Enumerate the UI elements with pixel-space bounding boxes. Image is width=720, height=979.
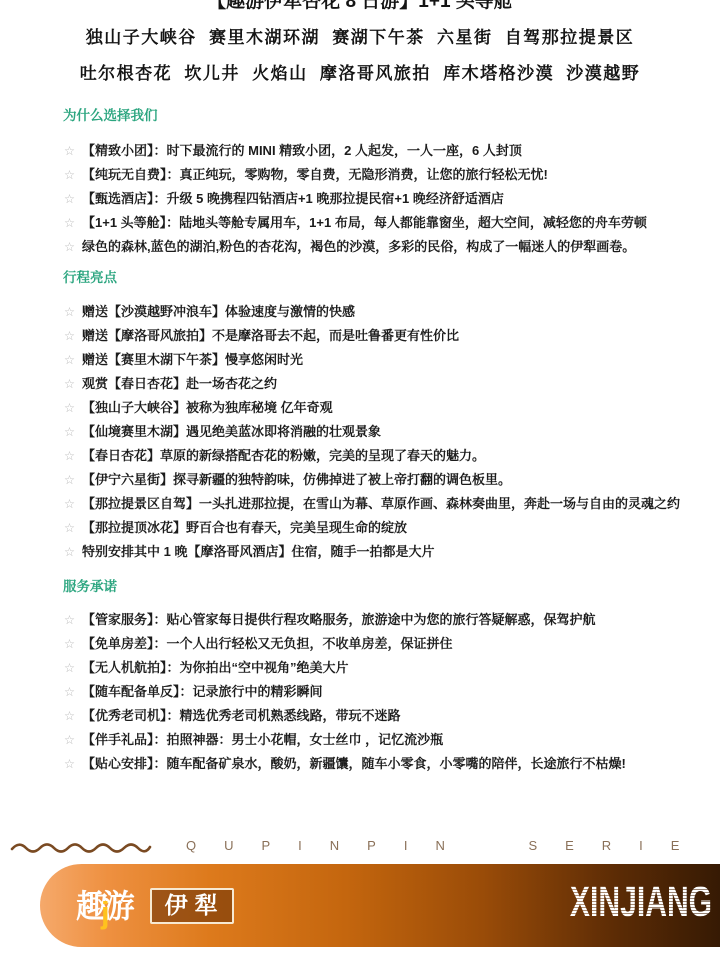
footer-bar: 趣 j 游 伊犁 XINJIANG — [40, 864, 720, 947]
star-bullet-icon: ☆ — [63, 372, 76, 396]
subtitle-line-2: 吐尔根杏花 坎儿井 火焰山 摩洛哥风旅拍 库木塔格沙漠 沙漠越野 — [0, 64, 720, 84]
star-bullet-icon: ☆ — [63, 444, 76, 468]
star-bullet-icon: ☆ — [63, 211, 76, 235]
section-heading: 为什么选择我们 — [63, 107, 700, 124]
list-item-text: 赠送【摩洛哥风旅拍】不是摩洛哥去不起，而是吐鲁番更有性价比 — [82, 328, 459, 343]
brand-logo: 趣 j 游 伊犁 — [76, 880, 234, 932]
brand-accent-j: j — [101, 897, 110, 928]
star-bullet-icon: ☆ — [63, 300, 76, 324]
list-item-text: 赠送【赛里木湖下午茶】慢享悠闲时光 — [82, 352, 303, 367]
star-bullet-icon: ☆ — [63, 420, 76, 444]
star-bullet-icon: ☆ — [63, 728, 76, 752]
list-item: ☆赠送【沙漠越野冲浪车】体验速度与激情的快感 — [63, 300, 700, 324]
star-bullet-icon: ☆ — [63, 680, 76, 704]
list-item: ☆【免单房差】：一个人出行轻松又无负担，不收单房差，保证拼住 — [63, 632, 700, 656]
list-item: ☆【管家服务】：贴心管家每日提供行程攻略服务，旅游途中为您的旅行答疑解惑，保驾护… — [63, 608, 700, 632]
list-item: ☆【春日杏花】草原的新绿搭配杏花的粉嫩，完美的呈现了春天的魅力。 — [63, 444, 700, 468]
star-bullet-icon: ☆ — [63, 540, 76, 564]
list-item-text: 【独山子大峡谷】被称为独库秘境 亿年奇观 — [82, 400, 333, 415]
list-item-text: 特别安排其中 1 晚【摩洛哥风酒店】住宿，随手一拍都是大片 — [82, 544, 434, 559]
list-item-text: 观赏【春日杏花】赴一场杏花之约 — [82, 376, 277, 391]
star-bullet-icon: ☆ — [63, 492, 76, 516]
list-item-text: 【那拉提景区自驾】一头扎进那拉提，在雪山为幕、草原作画、森林奏曲里，奔赴一场与自… — [82, 496, 680, 511]
list-item-text: 【无人机航拍】：为你拍出“空中视角”绝美大片 — [82, 660, 349, 675]
list-item: ☆【伴手礼品】：拍照神器：男士小花帽，女士丝巾 ，记忆流沙瓶 — [63, 728, 700, 752]
document-page: 【趣游伊犁杏花 8 日游】1+1 头等舱 独山子大峡谷 赛里木湖环湖 赛湖下午茶… — [0, 0, 720, 776]
list-item: ☆【那拉提景区自驾】一头扎进那拉提，在雪山为幕、草原作画、森林奏曲里，奔赴一场与… — [63, 492, 700, 516]
star-bullet-icon: ☆ — [63, 235, 76, 259]
list-item-text: 【管家服务】：贴心管家每日提供行程攻略服务，旅游途中为您的旅行答疑解惑，保驾护航 — [82, 612, 596, 627]
list-item: ☆【那拉提顶冰花】野百合也有春天，完美呈现生命的绽放 — [63, 516, 700, 540]
list-item-text: 【精致小团】：时下最流行的 MINI 精致小团，2 人起发，一人一座，6 人封顶 — [82, 143, 522, 158]
list-item-text: 【贴心安排】：随车配备矿泉水，酸奶，新疆馕，随车小零食，小零嘴的陪伴，长途旅行不… — [82, 756, 626, 771]
series-label: QUPINPIN SERIE — [186, 838, 707, 853]
list-item-text: 【随车配备单反】：记录旅行中的精彩瞬间 — [82, 684, 323, 699]
star-bullet-icon: ☆ — [63, 396, 76, 420]
list-item: ☆【精致小团】：时下最流行的 MINI 精致小团，2 人起发，一人一座，6 人封… — [63, 139, 700, 163]
series-strip: QUPINPIN SERIE — [0, 836, 720, 856]
list-item-text: 绿色的森林,蓝色的湖泊,粉色的杏花沟，褐色的沙漠，多彩的民俗，构成了一幅迷人的伊… — [82, 239, 635, 254]
section-trip-highlights: 行程亮点 ☆赠送【沙漠越野冲浪车】体验速度与激情的快感 ☆赠送【摩洛哥风旅拍】不… — [63, 269, 700, 564]
list-item-text: 赠送【沙漠越野冲浪车】体验速度与激情的快感 — [82, 304, 355, 319]
list-item: ☆【随车配备单反】：记录旅行中的精彩瞬间 — [63, 680, 700, 704]
list-item: ☆赠送【赛里木湖下午茶】慢享悠闲时光 — [63, 348, 700, 372]
list-item: ☆【伊宁六星街】探寻新疆的独特韵味，仿佛掉进了被上帝打翻的调色板里。 — [63, 468, 700, 492]
list-item: ☆观赏【春日杏花】赴一场杏花之约 — [63, 372, 700, 396]
section-heading: 行程亮点 — [63, 269, 700, 286]
star-bullet-icon: ☆ — [63, 163, 76, 187]
star-bullet-icon: ☆ — [63, 468, 76, 492]
star-bullet-icon: ☆ — [63, 752, 76, 776]
list-item: ☆【优秀老司机】：精选优秀老司机熟悉线路，带玩不迷路 — [63, 704, 700, 728]
list-item-text: 【甄选酒店】：升级 5 晚携程四钻酒店+1 晚那拉提民宿+1 晚经济舒适酒店 — [82, 191, 504, 206]
page-title: 【趣游伊犁杏花 8 日游】1+1 头等舱 — [0, 0, 720, 13]
star-bullet-icon: ☆ — [63, 187, 76, 211]
list-item-text: 【春日杏花】草原的新绿搭配杏花的粉嫩，完美的呈现了春天的魅力。 — [82, 448, 485, 463]
list-item-text: 【优秀老司机】：精选优秀老司机熟悉线路，带玩不迷路 — [82, 708, 401, 723]
list-item-text: 【伊宁六星街】探寻新疆的独特韵味，仿佛掉进了被上帝打翻的调色板里。 — [82, 472, 511, 487]
brand-badge-yili: 伊犁 — [150, 888, 234, 924]
section-why-choose-us: 为什么选择我们 ☆【精致小团】：时下最流行的 MINI 精致小团，2 人起发，一… — [63, 107, 700, 259]
star-bullet-icon: ☆ — [63, 516, 76, 540]
star-bullet-icon: ☆ — [63, 348, 76, 372]
list-item: ☆赠送【摩洛哥风旅拍】不是摩洛哥去不起，而是吐鲁番更有性价比 — [63, 324, 700, 348]
list-item: ☆【甄选酒店】：升级 5 晚携程四钻酒店+1 晚那拉提民宿+1 晚经济舒适酒店 — [63, 187, 700, 211]
list-item-text: 【仙境赛里木湖】遇见绝美蓝冰即将消融的壮观景象 — [82, 424, 381, 439]
list-item: ☆【仙境赛里木湖】遇见绝美蓝冰即将消融的壮观景象 — [63, 420, 700, 444]
list-item: ☆【独山子大峡谷】被称为独库秘境 亿年奇观 — [63, 396, 700, 420]
list-item-text: 【伴手礼品】：拍照神器：男士小花帽，女士丝巾 ，记忆流沙瓶 — [82, 732, 443, 747]
list-item: ☆【纯玩无自费】：真正纯玩，零购物，零自费，无隐形消费，让您的旅行轻松无忧! — [63, 163, 700, 187]
star-bullet-icon: ☆ — [63, 324, 76, 348]
list-item: ☆绿色的森林,蓝色的湖泊,粉色的杏花沟，褐色的沙漠，多彩的民俗，构成了一幅迷人的… — [63, 235, 700, 259]
list-item-text: 【免单房差】：一个人出行轻松又无负担，不收单房差，保证拼住 — [82, 636, 453, 651]
star-bullet-icon: ☆ — [63, 139, 76, 163]
list-item: ☆【无人机航拍】：为你拍出“空中视角”绝美大片 — [63, 656, 700, 680]
list-item: ☆【贴心安排】：随车配备矿泉水，酸奶，新疆馕，随车小零食，小零嘴的陪伴，长途旅行… — [63, 752, 700, 776]
list-item-text: 【纯玩无自费】：真正纯玩，零购物，零自费，无隐形消费，让您的旅行轻松无忧! — [82, 167, 548, 182]
list-item: ☆特别安排其中 1 晚【摩洛哥风酒店】住宿，随手一拍都是大片 — [63, 540, 700, 564]
star-bullet-icon: ☆ — [63, 656, 76, 680]
list-item-text: 【那拉提顶冰花】野百合也有春天，完美呈现生命的绽放 — [82, 520, 407, 535]
list-item: ☆【1+1 头等舱】：陆地头等舱专属用车，1+1 布局，每人都能靠窗坐，超大空间… — [63, 211, 700, 235]
wave-line-icon — [10, 838, 152, 854]
star-bullet-icon: ☆ — [63, 632, 76, 656]
section-service-promise: 服务承诺 ☆【管家服务】：贴心管家每日提供行程攻略服务，旅游途中为您的旅行答疑解… — [63, 578, 700, 776]
star-bullet-icon: ☆ — [63, 608, 76, 632]
subtitle-line-1: 独山子大峡谷 赛里木湖环湖 赛湖下午茶 六星街 自驾那拉提景区 — [0, 28, 720, 48]
section-heading: 服务承诺 — [63, 578, 700, 595]
region-wordmark-xinjiang: XINJIANG — [570, 881, 712, 924]
star-bullet-icon: ☆ — [63, 704, 76, 728]
list-item-text: 【1+1 头等舱】：陆地头等舱专属用车，1+1 布局，每人都能靠窗坐，超大空间，… — [82, 215, 647, 230]
